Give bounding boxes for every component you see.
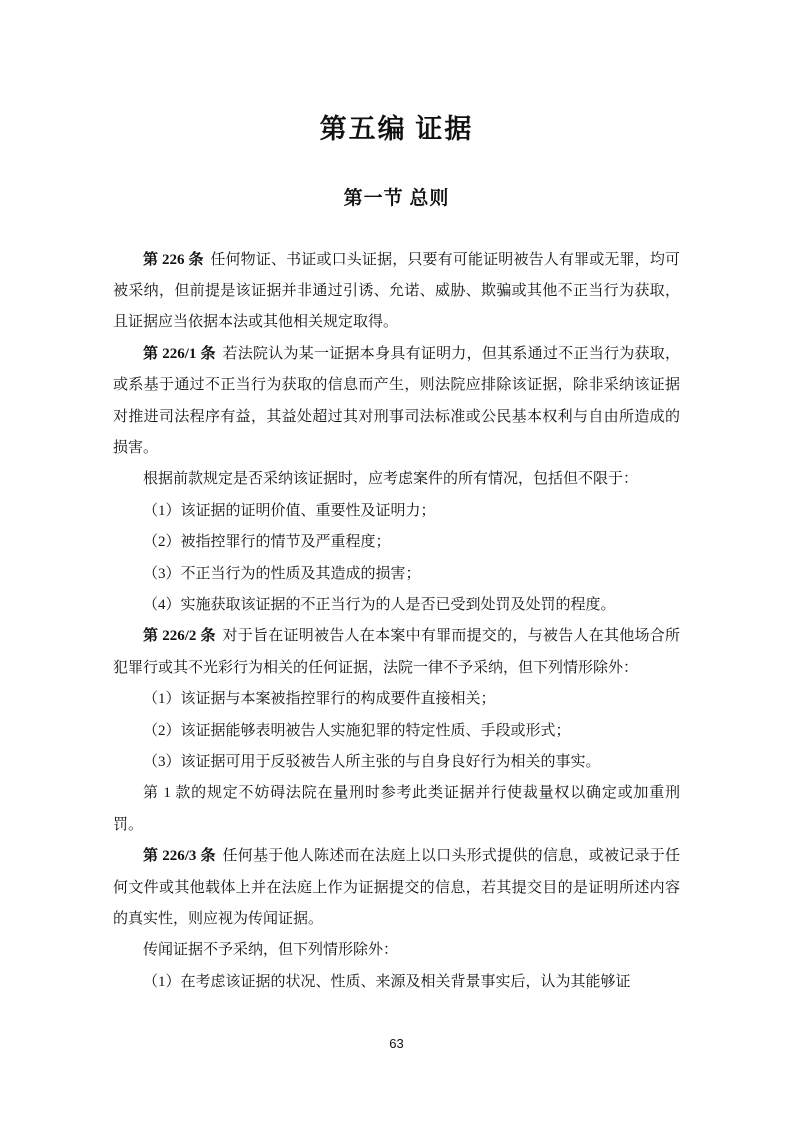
page-number: 63 (0, 1036, 793, 1051)
article-number: 第 226 条 (143, 252, 204, 268)
paragraph: 传闻证据不予采纳，但下列情形除外： (113, 935, 680, 966)
list-item: （1）该证据与本案被指控罪行的构成要件直接相关； (113, 684, 680, 715)
list-item: （1）该证据的证明价值、重要性及证明力； (113, 496, 680, 527)
paragraph: 根据前款规定是否采纳该证据时，应考虑案件的所有情况，包括但不限于： (113, 464, 680, 495)
article-number: 第 226/1 条 (143, 346, 216, 362)
list-item: （3）不正当行为的性质及其造成的损害； (113, 559, 680, 590)
section-title: 第一节 总则 (113, 187, 680, 211)
article-226-paragraph: 第 226 条任何物证、书证或口头证据，只要有可能证明被告人有罪或无罪，均可被采… (113, 245, 680, 339)
list-item: （2）该证据能够表明被告人实施犯罪的特定性质、手段或形式； (113, 716, 680, 747)
list-item: （3）该证据可用于反驳被告人所主张的与自身良好行为相关的事实。 (113, 747, 680, 778)
list-item: （1）在考虑该证据的状况、性质、来源及相关背景事实后，认为其能够证 (113, 967, 680, 998)
part-title: 第五编 证据 (113, 113, 680, 147)
paragraph: 第 1 款的规定不妨碍法院在量刑时参考此类证据并行使裁量权以确定或加重刑罚。 (113, 778, 680, 841)
list-item: （2）被指控罪行的情节及严重程度； (113, 527, 680, 558)
article-text: 若法院认为某一证据本身具有证明力，但其系通过不正当行为获取，或系基于通过不正当行… (113, 346, 680, 456)
article-number: 第 226/2 条 (143, 628, 216, 644)
document-body: 第 226 条任何物证、书证或口头证据，只要有可能证明被告人有罪或无罪，均可被采… (113, 245, 680, 999)
article-226-2-paragraph: 第 226/2 条对于旨在证明被告人在本案中有罪而提交的，与被告人在其他场合所犯… (113, 621, 680, 684)
article-226-3-paragraph: 第 226/3 条任何基于他人陈述而在法庭上以口头形式提供的信息，或被记录于任何… (113, 841, 680, 935)
list-item: （4）实施获取该证据的不正当行为的人是否已受到处罚及处罚的程度。 (113, 590, 680, 621)
article-number: 第 226/3 条 (143, 848, 216, 864)
article-226-1-paragraph: 第 226/1 条若法院认为某一证据本身具有证明力，但其系通过不正当行为获取，或… (113, 339, 680, 465)
document-page: 第五编 证据 第一节 总则 第 226 条任何物证、书证或口头证据，只要有可能证… (0, 0, 793, 1122)
